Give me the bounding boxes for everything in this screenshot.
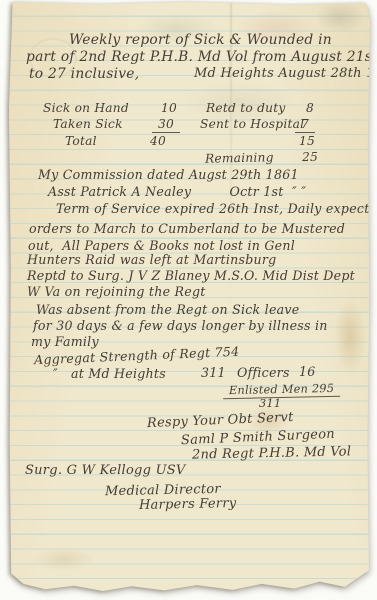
tally-value: 40 [150, 135, 166, 148]
body-line: Hunters Raid was left at Martinsburg [27, 253, 276, 267]
body-line: Term of Service expired 26th Inst, Daily… [56, 202, 377, 216]
remaining-label: Remaining [205, 151, 274, 166]
signature-closing: Respy Your Obt Servt [147, 411, 294, 431]
tally-label: Retd to duty [206, 102, 286, 115]
strength-value: 311 [201, 366, 226, 380]
body-line: orders to March to Cumberland to be Must… [29, 222, 345, 236]
report-title-line-3: to 27 inclusive, [29, 67, 139, 82]
signature-regiment: 2nd Regt P.H.B. Md Vol [192, 445, 351, 463]
officers-label: Officers [237, 366, 290, 380]
remaining-value: 25 [302, 151, 318, 165]
enlisted-men-line: Enlisted Men 295 [223, 383, 341, 400]
tally-value: 30 [152, 118, 180, 133]
tally-value: 7 [295, 118, 315, 133]
paper-stain [327, 282, 373, 392]
body-line: W Va on rejoining the Regt [27, 285, 206, 299]
tally-value: 15 [299, 135, 315, 148]
body-line: My Commission dated Augst 29th 1861 [38, 168, 299, 182]
body-line: my Family [31, 335, 99, 349]
body-line: for 30 days & a few days longer by illne… [33, 319, 328, 333]
lined-paper: Weekly report of Sick & Wounded in part … [9, 2, 370, 591]
addressee-location: Harpers Ferry [139, 497, 237, 513]
tally-label: Sent to Hospital [200, 118, 304, 131]
report-title-line-1: Weekly report of Sick & Wounded in [69, 33, 332, 48]
body-line: out, All Papers & Books not lost in Genl [28, 239, 295, 253]
tally-value: 10 [161, 102, 177, 115]
tally-label: Sick on Hand [43, 102, 129, 115]
tally-value: 8 [306, 102, 314, 115]
report-dateline: Md Heights August 28th 1864 [194, 67, 377, 81]
tally-label: Taken Sick [53, 118, 123, 131]
strength-total: 311 [259, 398, 281, 410]
body-line: Asst Patrick A Nealey Octr 1st ″ ″ [48, 185, 306, 199]
officers-value: 16 [299, 365, 316, 379]
report-title-line-2: part of 2nd Regt P.H.B. Md Vol from Augu… [26, 50, 377, 65]
paper-sheet: Weekly report of Sick & Wounded in part … [9, 2, 370, 591]
paper-stain [19, 542, 109, 576]
scanned-document: Weekly report of Sick & Wounded in part … [0, 0, 377, 600]
strength-location-label: at Md Heights [71, 367, 166, 381]
addressee-name: Surg. G W Kellogg USV [25, 464, 186, 478]
tally-label: Total [65, 135, 97, 148]
body-line: Reptd to Surg. J V Z Blaney M.S.O. Mid D… [27, 269, 355, 283]
body-line: Was absent from the Regt on Sick leave [36, 303, 299, 317]
ditto-mark: ″ [53, 367, 58, 381]
